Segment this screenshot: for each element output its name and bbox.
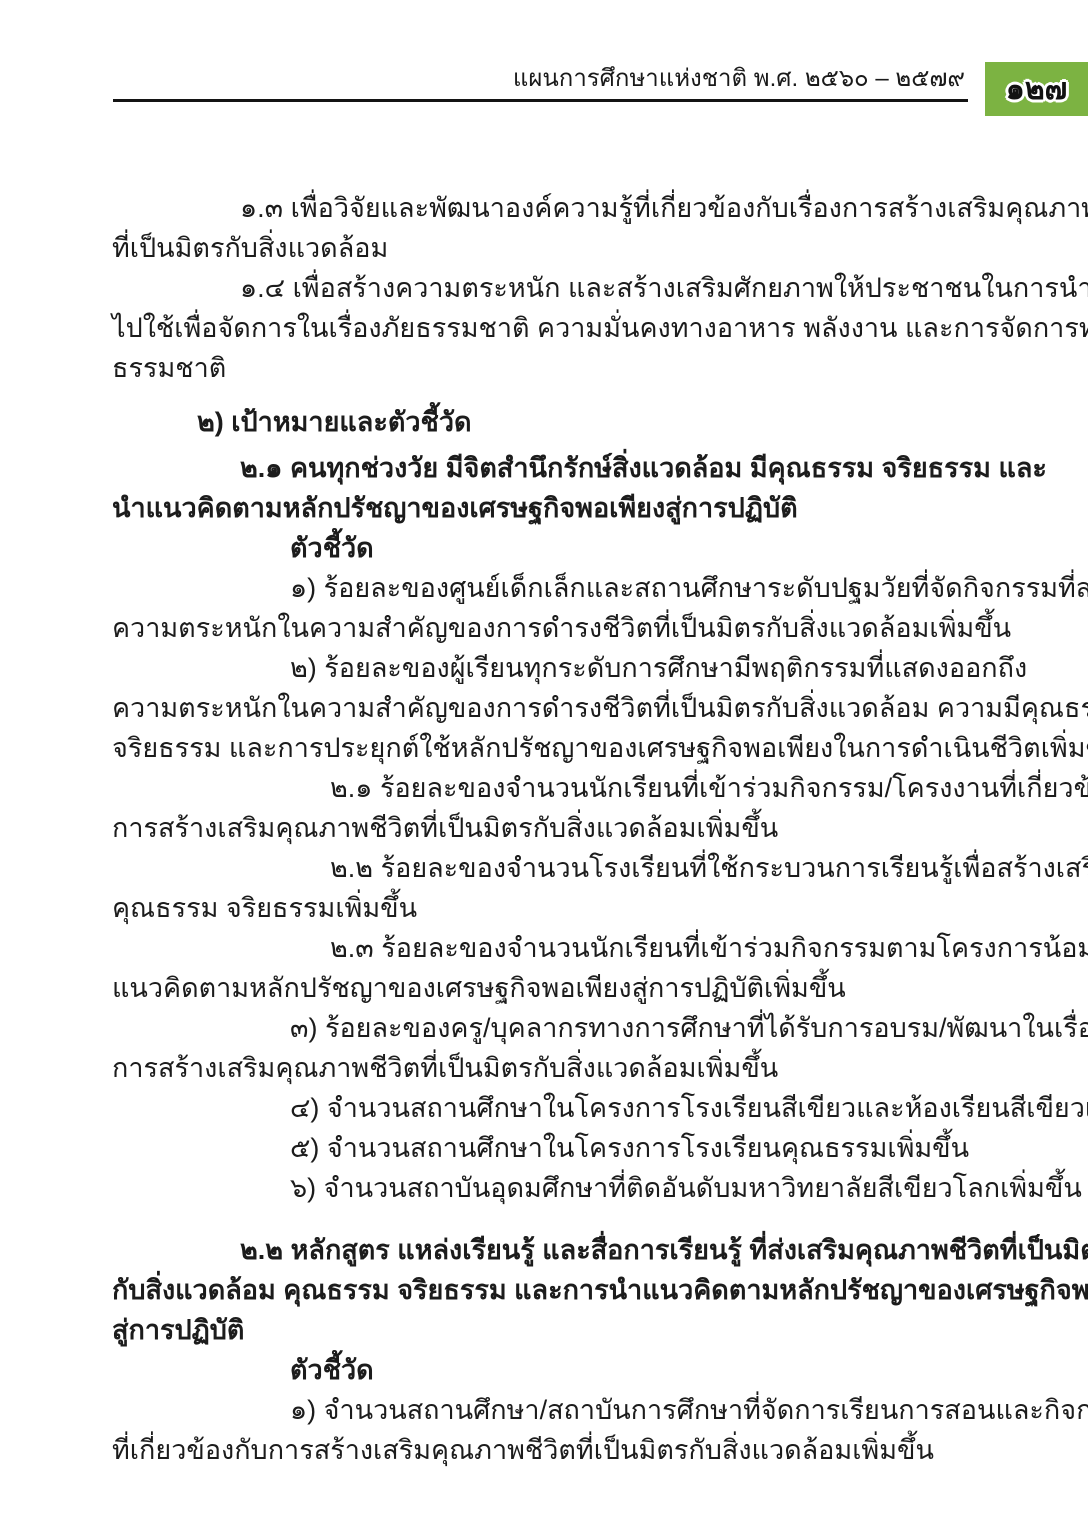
document-page: แผนการศึกษาแห่งชาติ พ.ศ. ๒๕๖๐ – ๒๕๗๙ ๑๒๗… [0,0,1088,1538]
text-line: ๖) จำนวนสถาบันอุดมศึกษาที่ติดอันดับมหาวิ… [112,1168,988,1208]
text-line: ธรรมชาติ [112,348,988,388]
text-line: ๒.๓ ร้อยละของจำนวนนักเรียนที่เข้าร่วมกิจ… [112,928,988,968]
text-line: นำแนวคิดตามหลักปรัชญาของเศรษฐกิจพอเพียงส… [112,488,988,528]
text-line: ๔) จำนวนสถานศึกษาในโครงการโรงเรียนสีเขีย… [112,1088,988,1128]
text-line: ความตระหนักในความสำคัญของการดำรงชีวิตที่… [112,688,988,728]
text-line: ๑.๔ เพื่อสร้างความตระหนัก และสร้างเสริมศ… [112,268,988,308]
text-line: ๓) ร้อยละของครู/บุคลากรทางการศึกษาที่ได้… [112,1008,988,1048]
text-line: ๑) ร้อยละของศูนย์เด็กเล็กและสถานศึกษาระด… [112,568,988,608]
text-line: ๒) ร้อยละของผู้เรียนทุกระดับการศึกษามีพฤ… [112,648,988,688]
text-line: ๑) จำนวนสถานศึกษา/สถาบันการศึกษาที่จัดกา… [112,1390,988,1430]
text-line: จริยธรรม และการประยุกต์ใช้หลักปรัชญาของเ… [112,728,988,768]
text-line: การสร้างเสริมคุณภาพชีวิตที่เป็นมิตรกับสิ… [112,1048,988,1088]
text-line: ความตระหนักในความสำคัญของการดำรงชีวิตที่… [112,608,988,648]
text-line: ๕) จำนวนสถานศึกษาในโครงการโรงเรียนคุณธรร… [112,1128,988,1168]
page-number-badge: ๑๒๗ [985,62,1088,116]
document-body: ๑.๓ เพื่อวิจัยและพัฒนาองค์ความรู้ที่เกี่… [112,188,988,1470]
text-line: กับสิ่งแวดล้อม คุณธรรม จริยธรรม และการนำ… [112,1270,988,1310]
text-line: ๒.๑ คนทุกช่วงวัย มีจิตสำนึกรักษ์สิ่งแวดล… [112,448,988,488]
text-line: ๑.๓ เพื่อวิจัยและพัฒนาองค์ความรู้ที่เกี่… [112,188,988,228]
text-line: ตัวชี้วัด [112,528,988,568]
text-line: ไปใช้เพื่อจัดการในเรื่องภัยธรรมชาติ ความ… [112,308,988,348]
text-line: สู่การปฏิบัติ [112,1310,988,1350]
text-line: ที่เป็นมิตรกับสิ่งแวดล้อม [112,228,988,268]
text-line: ๒) เป้าหมายและตัวชี้วัด [112,402,988,442]
text-line: แนวคิดตามหลักปรัชญาของเศรษฐกิจพอเพียงสู่… [112,968,988,1008]
header-rule [113,99,968,102]
text-line: ๒.๒ หลักสูตร แหล่งเรียนรู้ และสื่อการเรี… [112,1230,988,1270]
text-line: ตัวชี้วัด [112,1350,988,1390]
text-line: การสร้างเสริมคุณภาพชีวิตที่เป็นมิตรกับสิ… [112,808,988,848]
text-line: ๒.๑ ร้อยละของจำนวนนักเรียนที่เข้าร่วมกิจ… [112,768,988,808]
page-header-title: แผนการศึกษาแห่งชาติ พ.ศ. ๒๕๖๐ – ๒๕๗๙ [513,64,965,94]
text-line: ที่เกี่ยวข้องกับการสร้างเสริมคุณภาพชีวิต… [112,1430,988,1470]
text-line: คุณธรรม จริยธรรมเพิ่มขึ้น [112,888,988,928]
text-line: ๒.๒ ร้อยละของจำนวนโรงเรียนที่ใช้กระบวนกา… [112,848,988,888]
